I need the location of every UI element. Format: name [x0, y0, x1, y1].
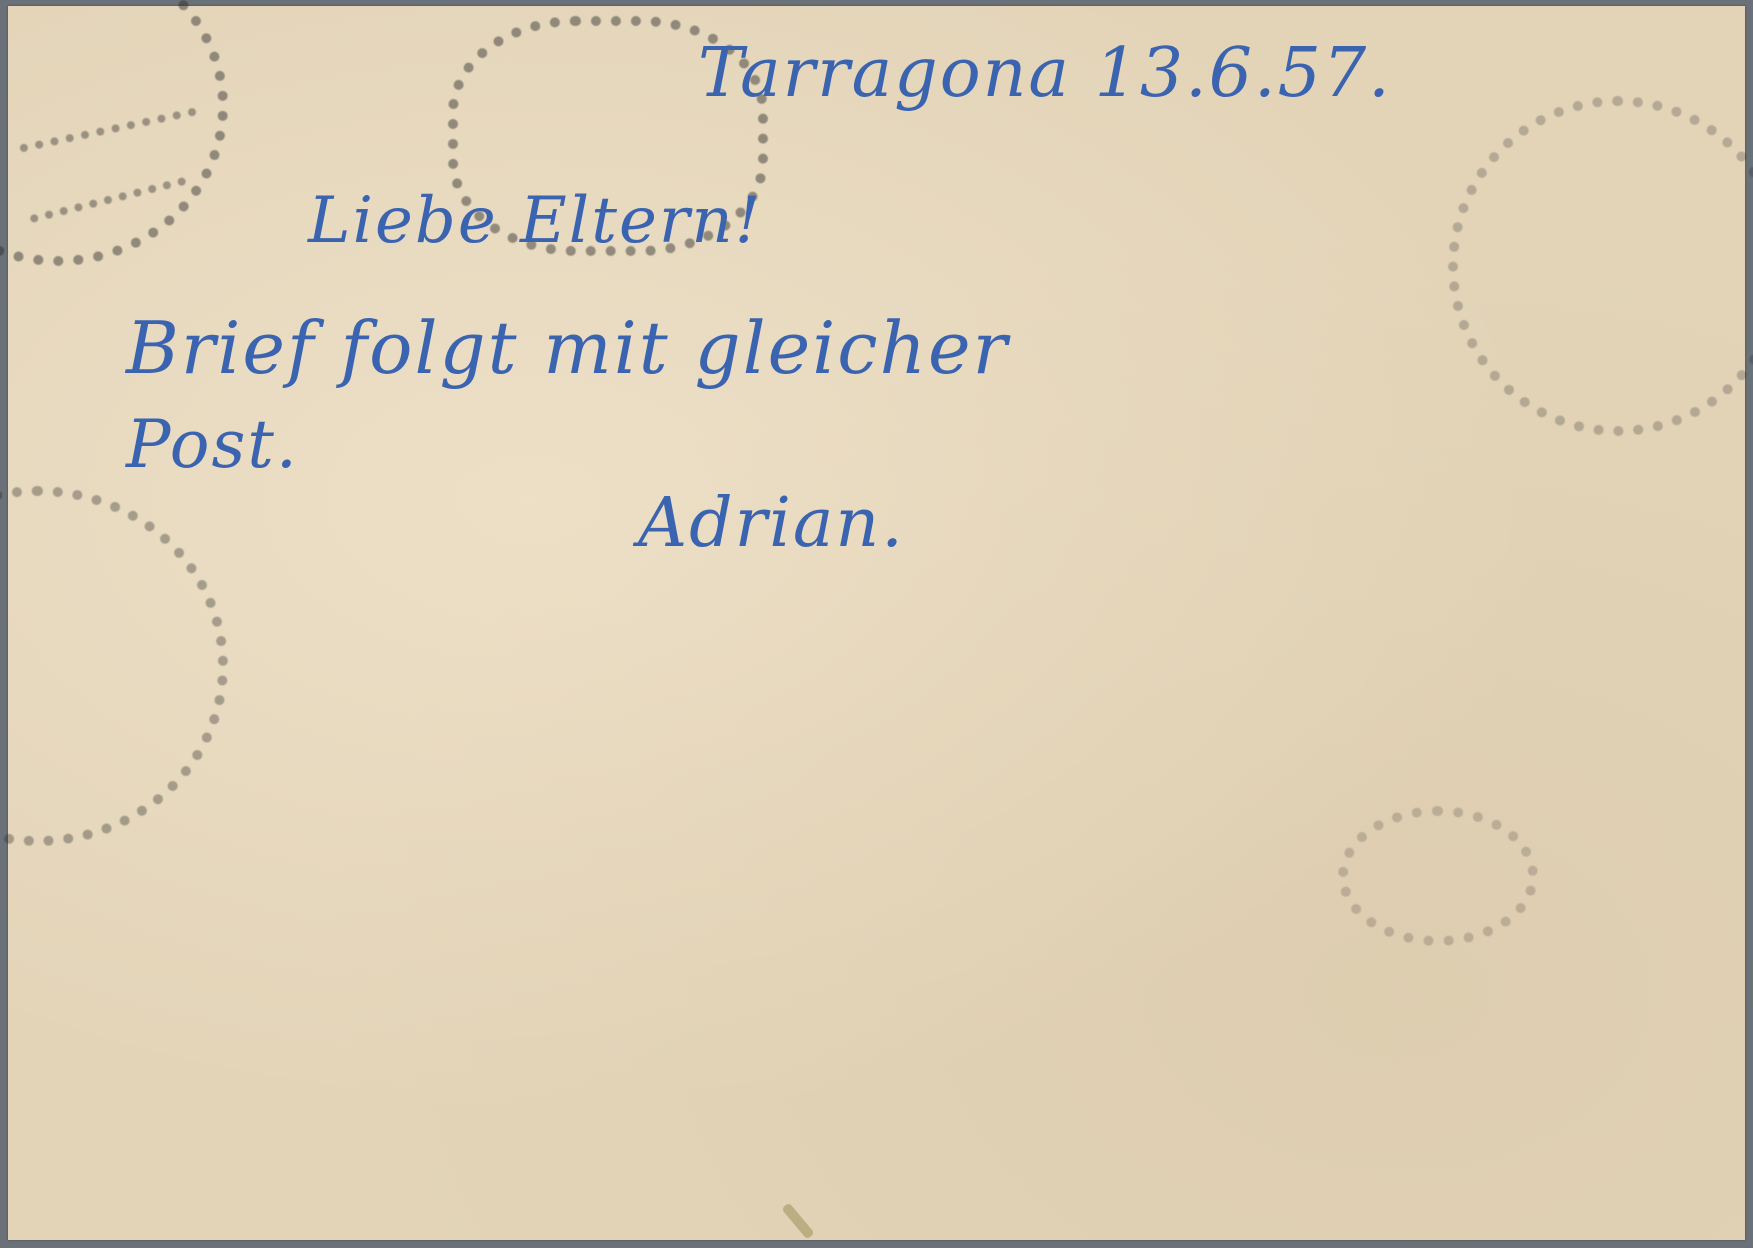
- postmark-top-right: [1448, 96, 1753, 436]
- paper-mark: [781, 1202, 814, 1239]
- message-line-2: Post.: [126, 406, 299, 483]
- salutation: Liebe Eltern!: [308, 184, 762, 258]
- message-line-1: Brief folgt mit gleicher: [126, 306, 1009, 390]
- postcard: Tarragona 13.6.57. Liebe Eltern! Brief f…: [8, 6, 1745, 1240]
- postmark-left-middle: [0, 486, 228, 846]
- postmark-right-lower: [1338, 806, 1538, 946]
- place-date: Tarragona 13.6.57.: [698, 34, 1392, 113]
- signature: Adrian.: [638, 484, 905, 563]
- postmark-top-left: [0, 0, 228, 266]
